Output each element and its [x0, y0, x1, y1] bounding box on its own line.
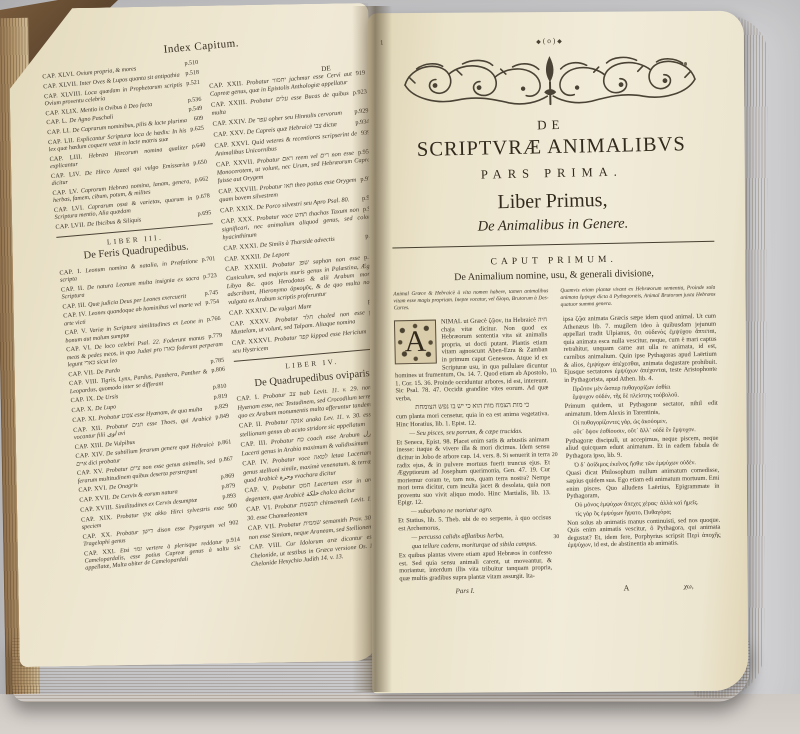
page-reference: p.518 — [181, 70, 199, 79]
catchword: χω, — [684, 582, 694, 590]
chapter-label: CAP. XLVII. — [43, 80, 78, 90]
chapter-label: CAP. XVII. — [79, 494, 111, 504]
title-main: SCRIPTVRÆ ANIMALIBVS — [390, 133, 712, 163]
body-line: Quasi dicat Philosophum nullum animatum … — [566, 467, 720, 500]
index-column-1: p.510 CAP. XLVI. Ovium propria, & mores … — [42, 60, 243, 586]
body-line: Et Seneca, Epist. 98. Placet enim satis … — [396, 436, 550, 507]
page-reference: p.810 — [209, 384, 227, 393]
page-reference: 900 — [224, 503, 238, 511]
chapter-summary: De Vulpibus — [105, 439, 135, 448]
title-part: PARS PRIMA. — [391, 163, 713, 185]
argument-column-1: Animal Græce & Hebraicè à vita nomen hab… — [393, 288, 548, 311]
margin-line-number: 30 — [553, 534, 559, 540]
chapter-label: CAP. XLIX. — [45, 107, 79, 117]
page-reference: p.695 — [193, 210, 211, 219]
folio-number: 1 — [380, 40, 383, 47]
chapter-label: CAP. XXIV. — [212, 118, 247, 128]
body-column-2: ipsa ζῷα animata Græcis sæpe idem quod a… — [563, 313, 721, 580]
margin-line-number: 10. — [550, 368, 557, 374]
folio-row: 1 ◆ ( o ) ◆ — [388, 33, 710, 52]
margin-line-number: 20 — [552, 452, 558, 458]
page-reference: p.893 — [218, 493, 236, 502]
chapter-label: CAP. XXIX. — [220, 204, 255, 214]
chapter-label: CAP. XXXII. — [224, 253, 262, 263]
page-reference: p.829 — [210, 403, 228, 412]
chapter-label: CAP. LIV. — [51, 170, 82, 180]
page-reference: p.701 — [197, 256, 215, 265]
caput-subtitle: De Animalium nomine, usu, & generali div… — [393, 267, 715, 285]
page-reference: p.521 — [182, 79, 200, 88]
chapter-argument: Animal Græce & Hebraicè à vita nomen hab… — [393, 285, 715, 312]
body-line: Pythagoræ discipuli, ut accepimus, neque… — [565, 434, 718, 460]
fleuron-icon: ◆ — [535, 39, 542, 44]
page-reference: p.745 — [200, 290, 218, 299]
fleuron-icon: ◆ — [556, 39, 563, 44]
signature-pars: Pars I. — [456, 587, 475, 595]
page-reference: p.625 — [186, 125, 204, 134]
chapter-label: CAP. VII. — [68, 369, 95, 378]
page-reference: p.766 — [203, 316, 221, 325]
chapter-label: CAP. IX. — [70, 395, 95, 404]
chapter-label: CAP. I. — [59, 268, 82, 277]
body-columns: 10. 20 30 A NIMAL ut Græcè ζῷον, ita Heb… — [394, 313, 721, 584]
page-reference: p.867 — [215, 457, 233, 466]
page-reference: p.650 — [189, 159, 207, 168]
dropcap-letter: A — [395, 321, 436, 364]
page-reference: 609 — [190, 116, 204, 124]
page-reference: p.879 — [217, 483, 235, 492]
page-reference: p.678 — [192, 193, 210, 202]
folio-ornament: ( o ) — [543, 36, 556, 45]
chapter-label: CAP. X. — [71, 405, 94, 414]
chapter-content: 1 ◆ ( o ) ◆ — [364, 8, 752, 605]
page-reference: p.662 — [190, 176, 208, 185]
chapter-label: CAP. XXIII. — [211, 99, 248, 109]
body-line: ipsa ζῷα animata Græcis sæpe idem quod a… — [563, 313, 717, 384]
index-columns: p.510 CAP. XLVI. Ovium propria, & mores … — [42, 45, 408, 586]
chapter-summary: De Lupo — [95, 404, 117, 412]
chapter-label: CAP. XVIII. — [80, 504, 114, 514]
paper-speck — [684, 62, 687, 66]
chapter-label: CAP. XIX. — [81, 514, 113, 524]
page-reference: p.785 — [206, 357, 224, 366]
chapter-label: CAP. XVI. — [78, 485, 108, 495]
ornamental-initial-A: A — [394, 320, 437, 365]
chapter-summary: De Pardo — [96, 367, 120, 375]
body-line: Non solus ab animatis manus continuisti,… — [567, 516, 721, 549]
page-reference: p.536 — [183, 96, 201, 105]
body-line: cum planta mori censetur, quia in ea est… — [396, 410, 549, 428]
chapter-label: CAP. LI. — [47, 127, 71, 136]
page-reference: p.754 — [201, 299, 219, 308]
chapter-summary: De vulgari Mure — [269, 303, 312, 314]
index-content: Index Capitum. p.510 CAP. XLVI. Ovium pr… — [10, 2, 417, 589]
liber-subtitle: De Animalibus in Genere. — [392, 214, 714, 238]
chapter-label: CAP. XXXI. — [223, 242, 258, 252]
chapter-summary: De Lepore — [263, 250, 290, 259]
chapter-label: CAP. LVII. — [55, 221, 86, 231]
body-text-2: ipsa ζῷα animata Græcis sæpe idem quod a… — [563, 313, 721, 550]
floral-headpiece-ornament — [396, 49, 703, 111]
argument-column-2: Quamvis etiam plantæ vivant ex Hebræorum… — [560, 285, 715, 308]
divider-rule — [392, 241, 714, 249]
page-reference: p.861 — [214, 440, 232, 449]
chapter-label: CAP. XXXIV. — [229, 307, 268, 317]
page-reference: p.510 — [180, 60, 198, 69]
page-reference: p.549 — [184, 106, 202, 115]
page-reference: p.869 — [216, 474, 234, 483]
page-reference: p.819 — [209, 394, 227, 403]
body-column-1: A NIMAL ut Græcè ζῷον, ita Hebraicè חיה … — [394, 316, 552, 583]
page-reference: p.806 — [207, 367, 225, 376]
chapter-summary: De Ursis — [96, 394, 118, 402]
chapter-label: CAP. I. — [236, 394, 259, 403]
page-reference: 919 — [351, 69, 365, 78]
page-reference: p.849 — [211, 413, 229, 422]
chapter-label: CAP. XI. — [72, 415, 97, 424]
gathering-signature: A — [624, 584, 630, 593]
body-line: Primum quidem, ut Pythagoræ sectator, ni… — [565, 400, 718, 418]
chapter-label: CAP. XIII. — [74, 441, 103, 450]
body-line: Ex quibus plantas vivere etiam apud Hebr… — [399, 549, 553, 582]
book-photograph: Index Capitum. p.510 CAP. XLVI. Ovium pr… — [0, 0, 800, 734]
right-page: 1 ◆ ( o ) ◆ — [368, 11, 749, 694]
page-reference: 902 — [225, 520, 239, 528]
chapter-summary: De Onagris — [109, 483, 138, 491]
chapter-summary: De Ibicibus & Siliquis — [87, 217, 142, 228]
chapter-label: CAP. III. — [62, 301, 87, 310]
left-page: Index Capitum. p.510 CAP. XLVI. Ovium pr… — [8, 3, 379, 667]
page-reference: p.640 — [187, 142, 205, 151]
chapter-label: CAP. L. — [46, 118, 68, 127]
chapter-label: CAP. XXV. — [213, 129, 245, 139]
body-line: Et Statius, lib. 5. Theb. ubi de eo serp… — [398, 515, 551, 533]
page-reference: p.723 — [199, 273, 217, 282]
page-footer: Pars I. A χω, — [400, 582, 722, 605]
liber-primus-heading: Liber Primus, — [391, 187, 713, 217]
chapter-label: CAP. XLVI. — [42, 71, 75, 81]
